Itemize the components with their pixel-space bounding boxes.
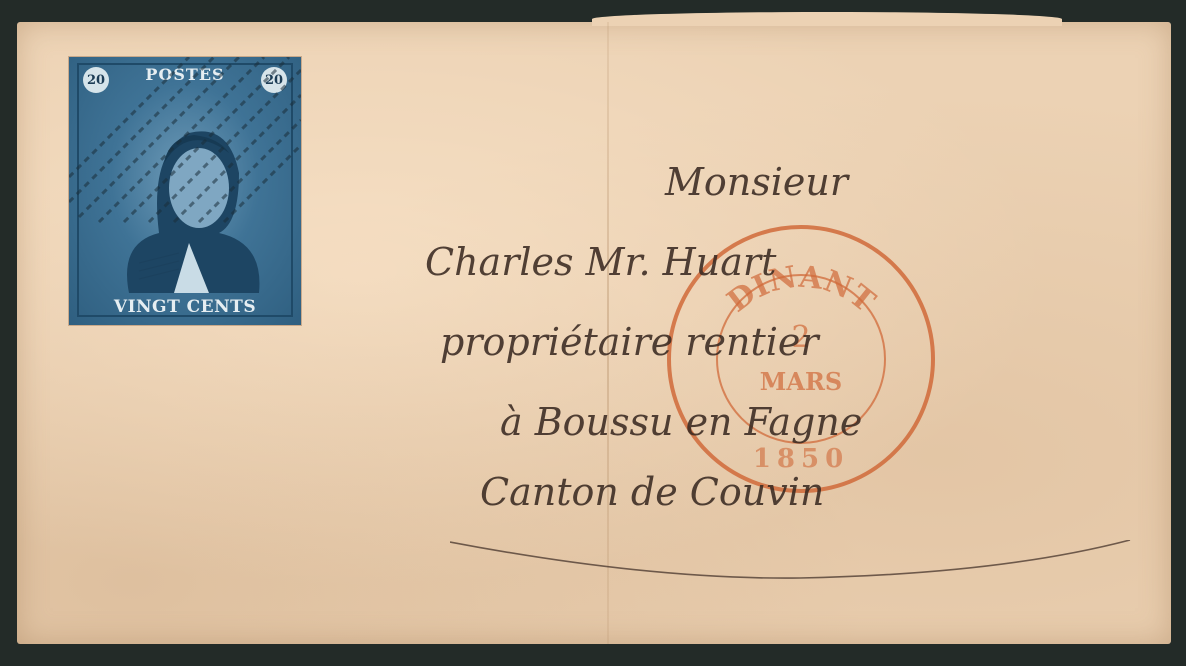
address-line-2: Charles Mr. Huart [425,240,776,284]
address-line-1: Monsieur [665,160,848,204]
stamp-bottom-text: VINGT CENTS [69,297,301,317]
postmark-month: MARS [760,367,842,396]
postage-stamp: 20 20 POSTES VINGT CENTS [69,57,301,325]
king-portrait-icon [99,93,274,293]
address-line-4: à Boussu en Fagne [500,400,862,444]
stamp-top-text: POSTES [69,65,301,84]
address-line-3: propriétaire rentier [440,320,819,364]
flourish-underline [450,540,1150,600]
address-line-5: Canton de Couvin [480,470,824,514]
envelope-flap-edge [592,12,1062,26]
